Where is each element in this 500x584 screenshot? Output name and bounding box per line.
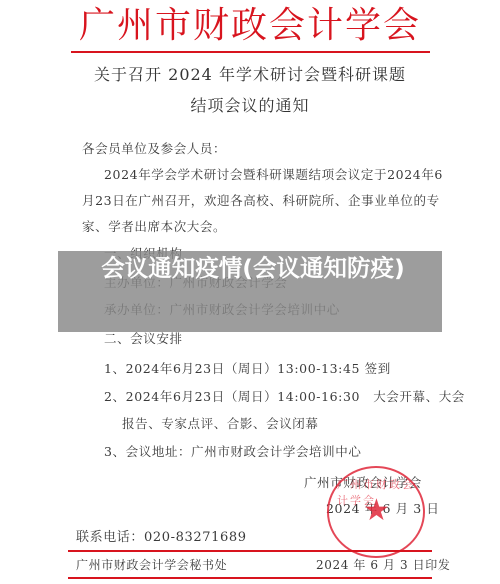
schedule-item-1: 1、2024年6月23日（周日）13:00-13:45 签到	[104, 359, 391, 377]
schedule-item-2: 2、2024年6月23日（周日）14:00-16:30 大会开幕、大会	[104, 387, 465, 405]
organization-letterhead: 广州市财政会计学会	[0, 4, 500, 48]
official-seal-stamp: 广州市财政会计学会 ★	[327, 466, 425, 558]
schedule-item-3: 3、会议地址：广州市财政会计学会培训中心	[104, 442, 361, 460]
contact-phone: 联系电话：020-83271689	[76, 526, 247, 545]
document-title-line2: 结项会议的通知	[0, 93, 500, 116]
salutation: 各会员单位及参会人员：	[82, 139, 226, 157]
footer-divider-bottom	[68, 577, 432, 579]
headline-overlay-banner: 会议通知疫情(会议通知防疫)	[58, 251, 442, 332]
overlay-headline: 会议通知疫情(会议通知防疫)	[68, 254, 438, 282]
intro-line-1: 2024年学会学术研讨会暨科研课题结项会议定于2024年6	[104, 165, 443, 183]
star-icon: ★	[363, 496, 390, 526]
document-title-line1: 关于召开 2024 年学术研讨会暨科研课题	[0, 62, 500, 85]
footer-divider-top	[68, 550, 432, 552]
footer-issuer: 广州市财政会计学会秘书处	[76, 556, 227, 573]
footer-issue-date: 2024 年 6 月 3 日印发	[316, 556, 450, 573]
intro-line-3: 家、学者出席本次大会。	[82, 217, 226, 235]
letterhead-divider	[71, 51, 430, 53]
intro-line-2: 月23日在广州召开，欢迎各高校、科研院所、企事业单位的专	[82, 191, 440, 209]
schedule-item-2-continued: 报告、专家点评、合影、会议闭幕	[122, 414, 319, 432]
